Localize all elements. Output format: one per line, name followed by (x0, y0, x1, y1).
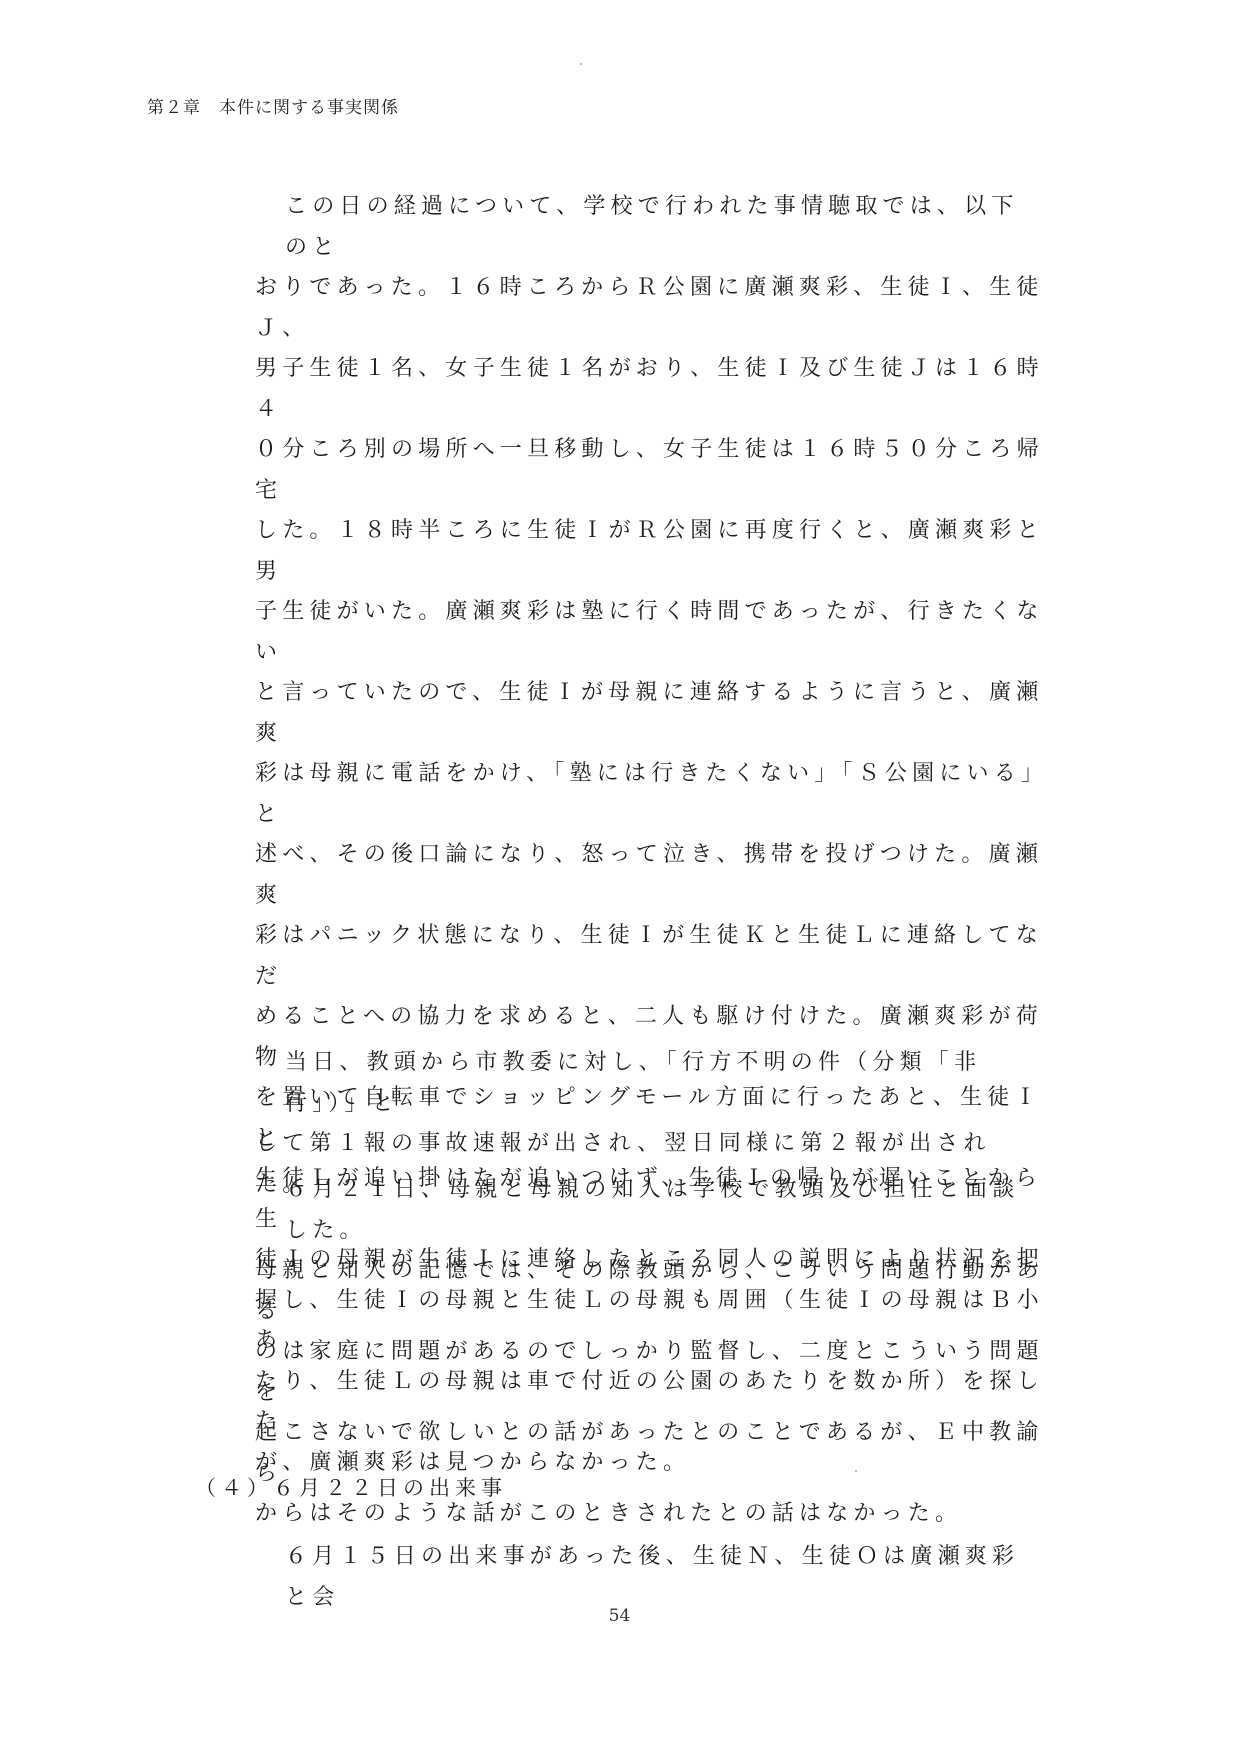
text-line: この日の経過について、学校で行われた事情聴取では、以下のと (255, 187, 1045, 268)
text-line: 彩はパニック状態になり、生徒Ｉが生徒Ｋと生徒Ｌに連絡してなだ (255, 916, 1045, 997)
text-line: ０分ころ別の場所へ一旦移動し、女子生徒は１６時５０分ころ帰宅 (255, 430, 1045, 511)
text-line: した。１８時半ころに生徒ＩがＲ公園に再度行くと、廣瀬爽彩と男 (255, 511, 1045, 592)
scan-artifact (855, 1470, 857, 1472)
text-line: 述べ、その後口論になり、怒って泣き、携帯を投げつけた。廣瀬爽 (255, 835, 1045, 916)
text-line: 当日、教頭から市教委に対し、「行方不明の件（分類「非行」）」と (255, 1043, 1045, 1124)
text-line: 彩は母親に電話をかけ、「塾には行きたくない」「Ｓ公園にいる」と (255, 754, 1045, 835)
scan-artifact (580, 63, 582, 65)
text-line: ６月２１日、母親と母親の知人は学校で教頭及び担任と面談した。 (255, 1170, 1045, 1251)
text-line: と言っていたので、生徒Ｉが母親に連絡するように言うと、廣瀬爽 (255, 673, 1045, 754)
text-line: おりであった。１６時ころからＲ公園に廣瀬爽彩、生徒Ｉ、生徒Ｊ、 (255, 268, 1045, 349)
text-line: 母親と知人の記憶では、その際教頭から、こういう問題行動がある (255, 1251, 1045, 1332)
chapter-header: 第２章 本件に関する事実関係 (147, 93, 399, 118)
page-number: 54 (0, 1606, 1239, 1626)
section-heading: （４）６月２２日の出来事 (195, 1472, 507, 1502)
text-line: 子生徒がいた。廣瀬爽彩は塾に行く時間であったが、行きたくない (255, 592, 1045, 673)
text-line: のは家庭に問題があるのでしっかり監督し、二度とこういう問題を (255, 1332, 1045, 1413)
text-line: 男子生徒１名、女子生徒１名がおり、生徒Ｉ及び生徒Ｊは１６時４ (255, 349, 1045, 430)
